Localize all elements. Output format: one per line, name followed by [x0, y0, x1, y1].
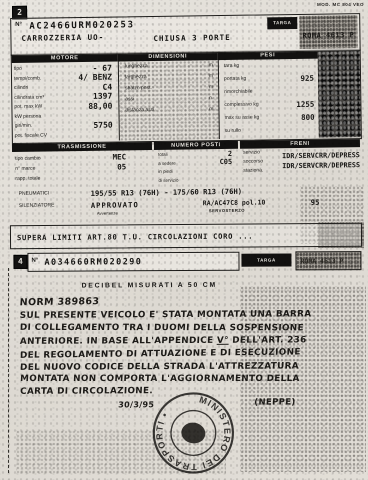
handwritten-line: NORM 389863 — [19, 296, 99, 308]
field-label: lunghezza — [125, 64, 148, 69]
plate-box: ROMA 4613 P — [295, 251, 361, 270]
transmission-rows: tipo cambioMEC n° marce05 rapp. totale — [12, 152, 152, 184]
field-label: a sedere — [158, 161, 176, 166]
weight-rows: tara kg portata kg925 rimorchiabile comp… — [218, 59, 320, 139]
field-label: rapp. totale — [15, 176, 40, 181]
spec-row: di servizio — [154, 175, 236, 185]
field-value: 4/ BENZ — [78, 74, 112, 82]
field-label: cilindrata cm³ — [14, 95, 44, 100]
field-label: assi — [125, 97, 134, 102]
body-doors: CHIUSA 3 PORTE — [153, 33, 230, 43]
field-value: - 67 — [93, 64, 112, 72]
field-label: complessivo kg — [224, 103, 258, 108]
field-label: tara kg — [224, 64, 239, 69]
field-label: rimorchiabile — [224, 90, 252, 95]
spec-row: pot. fiscale CV — [13, 130, 117, 141]
field-value: 1397 — [93, 93, 112, 101]
decibel-title: DECIBEL MISURATI A 50 CM — [82, 282, 217, 290]
silencer-label: SILENZIATORE — [19, 203, 55, 208]
field-label: totali — [158, 153, 168, 158]
handwritten-line: CARTA DI CIRCOLAZIONE. — [20, 386, 153, 397]
serial-box: N° A034660RM020290 — [27, 252, 239, 272]
field-label: su rullo — [225, 129, 241, 134]
spec-row: distanza assim — [119, 104, 219, 116]
plate-number: ROMA 4613 P — [300, 257, 343, 265]
limits-note-box: SUPERA LIMITI ART.80 T.U. CIRCOLAZIONI C… — [10, 223, 362, 249]
field-label: sbalzo post. — [125, 86, 152, 91]
field-value: 5750 — [93, 121, 112, 129]
plate-number: ROMA 4613 P — [302, 31, 354, 40]
unit-label: m — [209, 74, 213, 79]
brake-value: IDR/SERVCRR/DEPRESS — [282, 161, 360, 170]
tyres-label: PNEUMATICI — [19, 191, 50, 196]
field-label: kW persona — [15, 114, 42, 119]
field-value: C05 — [220, 159, 233, 166]
field-label: cilindri — [14, 86, 28, 91]
field-label: pot. fiscale CV — [15, 133, 47, 138]
field-label: pot. max kW — [14, 105, 42, 110]
spec-table: MOTORE DIMENSIONI PESI tipo- 67 tempi/co… — [11, 49, 362, 144]
serial-number-label: N° — [15, 22, 22, 28]
unit-label: m — [209, 107, 213, 112]
spec-row: su rullo — [220, 124, 320, 138]
body-type: CARROZZERIA UO- — [21, 33, 104, 43]
field-label: tipo — [14, 67, 22, 72]
field-value: 800 — [301, 113, 315, 121]
silencer-code: RA/AC47C8 pol.10 — [203, 198, 266, 207]
serial-number-label: N° — [31, 258, 38, 264]
vehicle-header-box: N° AC2466URM020253 CARROZZERIA UO- CHIUS… — [10, 13, 360, 56]
unit-label: n. — [209, 96, 213, 101]
photocopy-noise-patch — [240, 286, 366, 472]
page-tab: 4 — [13, 255, 27, 269]
field-label: portata kg — [224, 77, 246, 82]
field-value: MEC — [113, 154, 127, 162]
limits-note-text: SUPERA LIMITI ART.80 T.U. CIRCOLAZIONI C… — [17, 232, 253, 243]
field-label: tempi/comb. — [14, 76, 41, 81]
field-value: 88,00 — [88, 102, 112, 110]
field-label: staziona. — [240, 168, 280, 178]
serial-number: AC2466URM020253 — [29, 20, 134, 31]
engine-rows: tipo- 67 tempi/comb.4/ BENZ cilindriC4 c… — [12, 64, 117, 141]
field-label: giri/min. — [15, 124, 33, 129]
field-value: 925 — [300, 74, 314, 82]
scanned-document: MOD. MC 804 VEO 2 N° AC2466URM020253 CAR… — [0, 0, 368, 480]
brake-value: IDR/SERVCRR/DEPRESS — [282, 151, 360, 160]
field-label: distanza assi — [125, 108, 154, 113]
field-label: n° marce — [15, 166, 35, 171]
field-value: 1255 — [296, 100, 314, 108]
brake-labels: servizio soccorso staziona. — [240, 150, 280, 178]
form-model-note: MOD. MC 804 VEO — [317, 2, 364, 7]
seats-rows: totali2 a sedereC05 in piedi di servizio — [154, 150, 236, 185]
field-label: di servizio — [158, 178, 178, 183]
handwritten-underlined: V° — [217, 336, 229, 346]
field-label: larghezza — [125, 75, 147, 80]
unit-label: m — [209, 85, 213, 90]
field-label: max su asse kg — [225, 116, 260, 121]
photocopy-dark-noise — [318, 50, 361, 138]
field-label: tipo cambio — [15, 156, 41, 161]
handwritten-text: ANTERIORE. IN BASE ALL'APPENDICE — [20, 336, 214, 347]
plate-label-box: TARGA — [267, 17, 297, 29]
field-value: 2 — [228, 151, 232, 158]
unit-label: m — [209, 63, 213, 68]
serial-number: A034660RM020290 — [44, 257, 142, 268]
tyres-value: 195/55 R13 (76H) - 175/60 R13 (76H) — [91, 187, 243, 198]
spec-row: rapp. totale — [12, 172, 152, 184]
field-value: 05 — [117, 164, 126, 172]
handwritten-date: 30/3/95 — [118, 400, 155, 409]
scan-edge-line — [8, 268, 9, 473]
silencer-note: Avvertenze — [97, 210, 118, 215]
photocopy-noise-patch — [16, 430, 226, 474]
dimension-rows: lunghezzam larghezzam sbalzo post.m assi… — [118, 60, 220, 140]
brakes-section-header: FRENI — [240, 139, 360, 149]
servo-label: SERVOSTERZO — [209, 208, 245, 214]
field-label: in piedi — [158, 170, 172, 175]
silencer-value: APPROVATO — [91, 200, 139, 210]
field-value: C4 — [102, 83, 112, 91]
transmission-section-header: TRASMISSIONE — [12, 142, 152, 152]
seats-section-header: NUMERO POSTI — [154, 141, 238, 150]
plate-label-box: TARGA — [241, 253, 291, 266]
